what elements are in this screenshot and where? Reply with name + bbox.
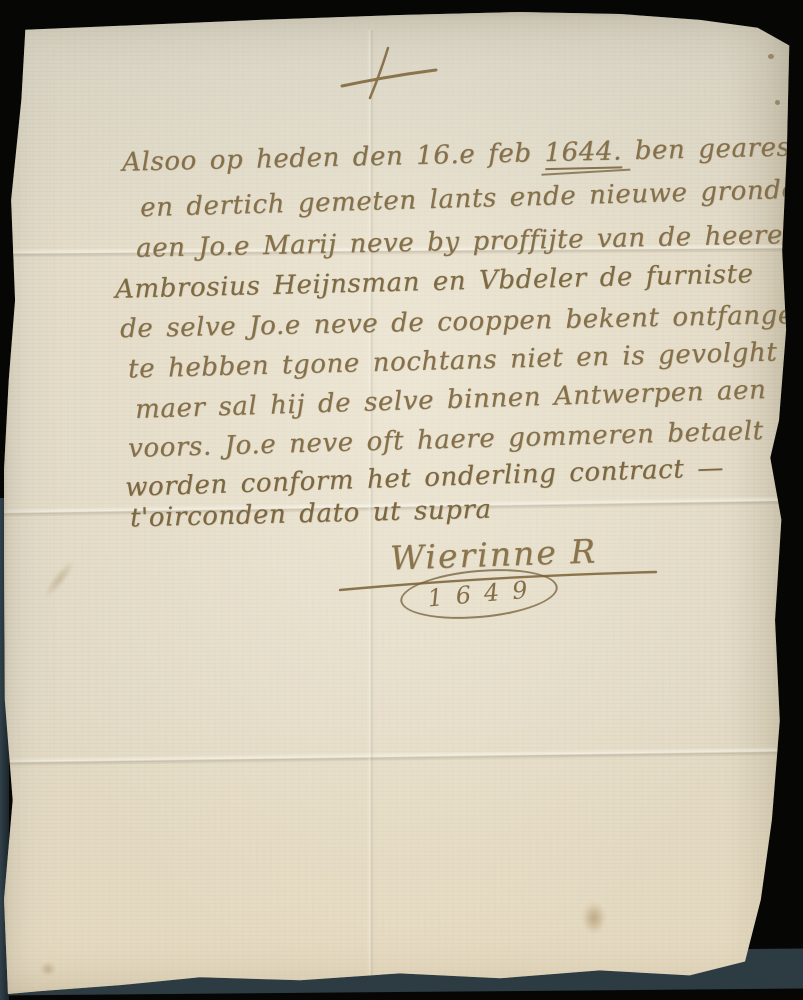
line1-suffix: ben gearest: [622, 132, 802, 166]
manuscript-page: Alsoo op heden den 16.e feb 1644. ben ge…: [4, 12, 794, 996]
stain: [582, 902, 606, 934]
ink-speck: [768, 54, 774, 59]
underlined-date: 1644.: [544, 136, 622, 170]
paper-tone-bottom: [4, 681, 794, 996]
ink-speck: [775, 100, 780, 105]
photo-background: Alsoo op heden den 16.e feb 1644. ben ge…: [0, 0, 803, 1000]
signature-year: 1649: [417, 577, 542, 612]
ink-speck: [4, 114, 13, 125]
cross-mark-icon: [334, 40, 446, 104]
stain: [40, 962, 56, 976]
ink-speck: [786, 186, 791, 190]
